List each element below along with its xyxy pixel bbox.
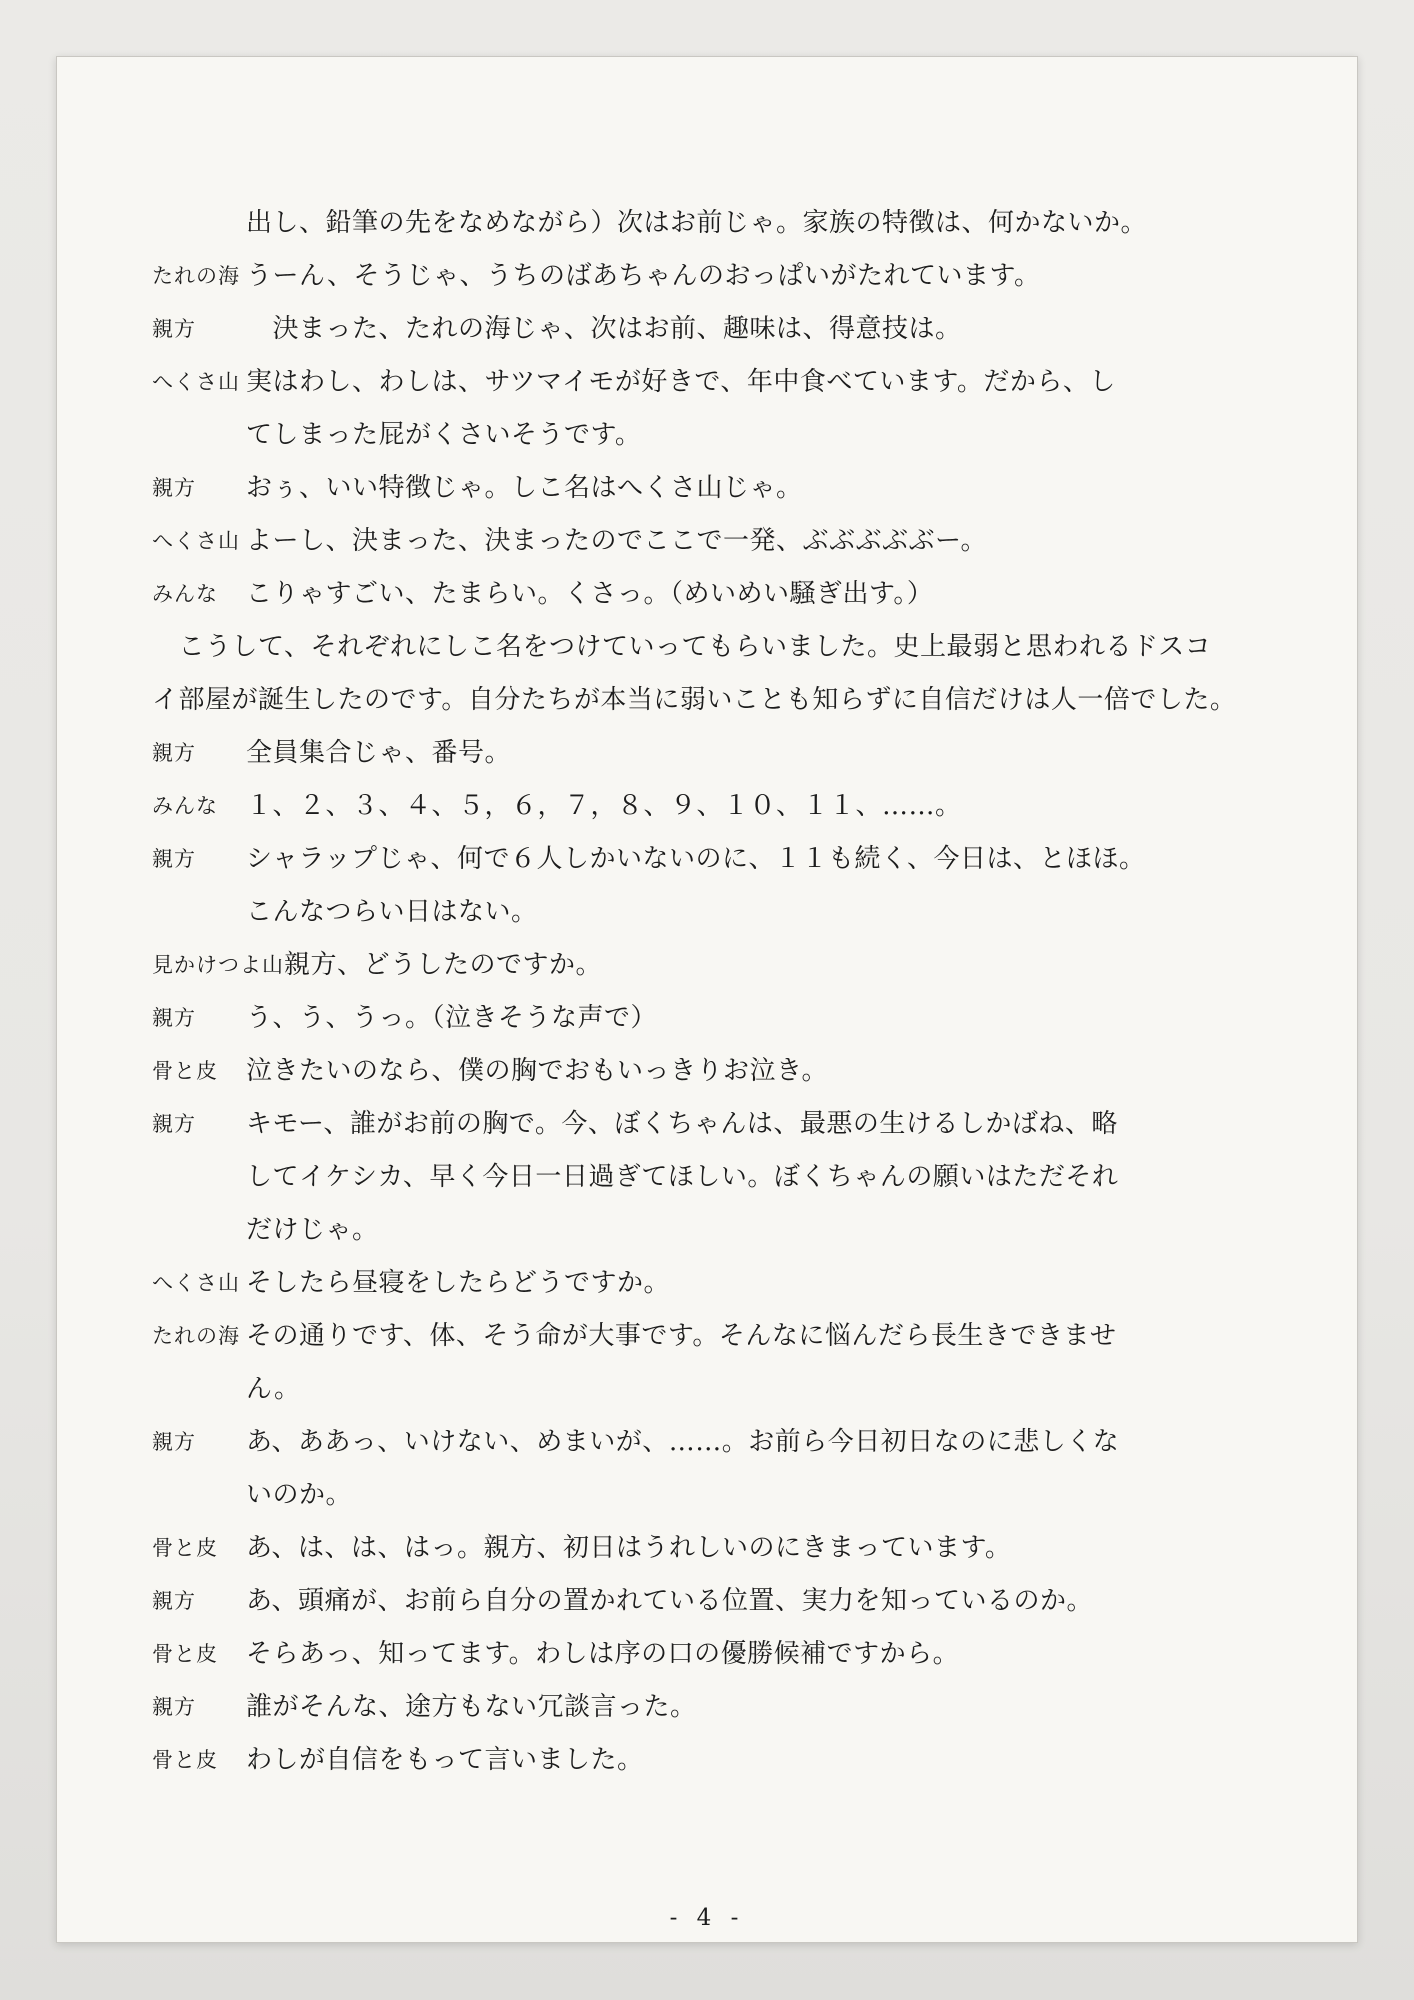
script-line: 親方 あ、ああっ、いけない、めまいが、……。お前ら今日初日なのに悲しくな <box>152 1416 1302 1469</box>
dialogue-text: 誰がそんな、途方もない冗談言った。 <box>246 1681 1302 1734</box>
dialogue-text: 出し、鉛筆の先をなめながら）次はお前じゃ。家族の特徴は、何かないか。 <box>246 197 1302 250</box>
script-line: 見かけつよ山 親方、どうしたのですか。 <box>152 939 1302 992</box>
script-line: 親方 う、う、うっ。（泣きそうな声で） <box>152 992 1302 1045</box>
script-line: 親方 あ、頭痛が、お前ら自分の置かれている位置、実力を知っているのか。 <box>152 1575 1302 1628</box>
speaker-name: 親方 <box>152 1416 246 1469</box>
dialogue-text: あ、頭痛が、お前ら自分の置かれている位置、実力を知っているのか。 <box>246 1575 1302 1628</box>
speaker-name: へくさ山 <box>152 356 246 409</box>
script-line: てしまった屁がくさいそうです。 <box>152 409 1302 462</box>
speaker-name: へくさ山 <box>152 1257 246 1310</box>
speaker-name: 骨と皮 <box>152 1522 246 1575</box>
script-line: 親方 おぅ、いい特徴じゃ。しこ名はへくさ山じゃ。 <box>152 462 1302 515</box>
speaker-name: 親方 <box>152 1575 246 1628</box>
script-line: こうして、それぞれにしこ名をつけていってもらいました。史上最弱と思われるドスコ <box>152 621 1302 674</box>
script-line: 親方 誰がそんな、途方もない冗談言った。 <box>152 1681 1302 1734</box>
dialogue-text: 実はわし、わしは、サツマイモが好きで、年中食べています。だから、し <box>246 356 1302 409</box>
script-line: こんなつらい日はない。 <box>152 886 1302 939</box>
dialogue-text: あ、ああっ、いけない、めまいが、……。お前ら今日初日なのに悲しくな <box>246 1416 1302 1469</box>
dialogue-text: そらあっ、知ってます。わしは序の口の優勝候補ですから。 <box>246 1628 1302 1681</box>
script-line: だけじゃ。 <box>152 1204 1302 1257</box>
script-line: みんな １、２、３、４、５，６，７，８、９、１０、１１、……。 <box>152 780 1302 833</box>
dialogue-text: こりゃすごい、たまらい。くさっ。（めいめい騒ぎ出す。） <box>246 568 1302 621</box>
script-line: 骨と皮 そらあっ、知ってます。わしは序の口の優勝候補ですから。 <box>152 1628 1302 1681</box>
speaker-name: みんな <box>152 780 246 833</box>
speaker-name: 親方 <box>152 727 246 780</box>
script-line: 骨と皮 泣きたいのなら、僕の胸でおもいっきりお泣き。 <box>152 1045 1302 1098</box>
dialogue-text: だけじゃ。 <box>246 1204 1302 1257</box>
script-line: いのか。 <box>152 1469 1302 1522</box>
dialogue-text: うーん、そうじゃ、うちのばあちゃんのおっぱいがたれています。 <box>246 250 1302 303</box>
speaker-name: たれの海 <box>152 1310 246 1363</box>
speaker-name: 親方 <box>152 833 246 886</box>
dialogue-text: おぅ、いい特徴じゃ。しこ名はへくさ山じゃ。 <box>246 462 1302 515</box>
dialogue-text: わしが自信をもって言いました。 <box>246 1734 1302 1787</box>
script-line: 骨と皮 わしが自信をもって言いました。 <box>152 1734 1302 1787</box>
speaker-name: 親方 <box>152 1681 246 1734</box>
page-number: - 4 - <box>57 1905 1357 1931</box>
script-line: へくさ山 実はわし、わしは、サツマイモが好きで、年中食べています。だから、し <box>152 356 1302 409</box>
script-line: 親方 キモー、誰がお前の胸で。今、ぼくちゃんは、最悪の生けるしかばね、略 <box>152 1098 1302 1151</box>
dialogue-text: イ部屋が誕生したのです。自分たちが本当に弱いことも知らずに自信だけは人一倍でした… <box>152 674 1302 727</box>
speaker-name: 親方 <box>152 462 246 515</box>
dialogue-text: 泣きたいのなら、僕の胸でおもいっきりお泣き。 <box>246 1045 1302 1098</box>
dialogue-text: 親方、どうしたのですか。 <box>284 939 1302 992</box>
script-lines: 出し、鉛筆の先をなめながら）次はお前じゃ。家族の特徴は、何かないか。 たれの海 … <box>152 197 1302 1787</box>
script-line: みんな こりゃすごい、たまらい。くさっ。（めいめい騒ぎ出す。） <box>152 568 1302 621</box>
scan-background: 出し、鉛筆の先をなめながら）次はお前じゃ。家族の特徴は、何かないか。 たれの海 … <box>0 0 1414 2000</box>
speaker-name: たれの海 <box>152 250 246 303</box>
dialogue-text: シャラップじゃ、何で６人しかいないのに、１１も続く、今日は、とほほ。 <box>246 833 1302 886</box>
dialogue-text: してイケシカ、早く今日一日過ぎてほしい。ぼくちゃんの願いはただそれ <box>246 1151 1302 1204</box>
script-line: 親方 全員集合じゃ、番号。 <box>152 727 1302 780</box>
speaker-name: 見かけつよ山 <box>152 939 284 992</box>
script-line: たれの海 うーん、そうじゃ、うちのばあちゃんのおっぱいがたれています。 <box>152 250 1302 303</box>
speaker-name: 親方 <box>152 303 246 356</box>
script-line: へくさ山 よーし、決まった、決まったのでここで一発、ぶぶぶぶぶー。 <box>152 515 1302 568</box>
dialogue-text: その通りです、体、そう命が大事です。そんなに悩んだら長生きできませ <box>246 1310 1302 1363</box>
dialogue-text: ん。 <box>246 1363 1302 1416</box>
dialogue-text: そしたら昼寝をしたらどうですか。 <box>246 1257 1302 1310</box>
speaker-name: 骨と皮 <box>152 1628 246 1681</box>
speaker-name: みんな <box>152 568 246 621</box>
script-line: 出し、鉛筆の先をなめながら）次はお前じゃ。家族の特徴は、何かないか。 <box>152 197 1302 250</box>
speaker-name: 親方 <box>152 992 246 1045</box>
dialogue-text: よーし、決まった、決まったのでここで一発、ぶぶぶぶぶー。 <box>246 515 1302 568</box>
script-line: 骨と皮 あ、は、は、はっ。親方、初日はうれしいのにきまっています。 <box>152 1522 1302 1575</box>
dialogue-text: あ、は、は、はっ。親方、初日はうれしいのにきまっています。 <box>246 1522 1302 1575</box>
dialogue-text: こんなつらい日はない。 <box>246 886 1302 939</box>
script-line: 親方 決まった、たれの海じゃ、次はお前、趣味は、得意技は。 <box>152 303 1302 356</box>
script-line: イ部屋が誕生したのです。自分たちが本当に弱いことも知らずに自信だけは人一倍でした… <box>152 674 1302 727</box>
script-line: へくさ山 そしたら昼寝をしたらどうですか。 <box>152 1257 1302 1310</box>
script-line: してイケシカ、早く今日一日過ぎてほしい。ぼくちゃんの願いはただそれ <box>152 1151 1302 1204</box>
dialogue-text: 全員集合じゃ、番号。 <box>246 727 1302 780</box>
dialogue-text: キモー、誰がお前の胸で。今、ぼくちゃんは、最悪の生けるしかばね、略 <box>246 1098 1302 1151</box>
script-line: 親方 シャラップじゃ、何で６人しかいないのに、１１も続く、今日は、とほほ。 <box>152 833 1302 886</box>
dialogue-text: う、う、うっ。（泣きそうな声で） <box>246 992 1302 1045</box>
dialogue-text: いのか。 <box>246 1469 1302 1522</box>
document-page: 出し、鉛筆の先をなめながら）次はお前じゃ。家族の特徴は、何かないか。 たれの海 … <box>56 56 1358 1943</box>
speaker-name: 骨と皮 <box>152 1045 246 1098</box>
speaker-name: へくさ山 <box>152 515 246 568</box>
speaker-name: 骨と皮 <box>152 1734 246 1787</box>
dialogue-text: こうして、それぞれにしこ名をつけていってもらいました。史上最弱と思われるドスコ <box>152 621 1302 674</box>
dialogue-text: てしまった屁がくさいそうです。 <box>246 409 1302 462</box>
script-line: ん。 <box>152 1363 1302 1416</box>
dialogue-text: １、２、３、４、５，６，７，８、９、１０、１１、……。 <box>246 780 1302 833</box>
script-line: たれの海 その通りです、体、そう命が大事です。そんなに悩んだら長生きできませ <box>152 1310 1302 1363</box>
dialogue-text: 決まった、たれの海じゃ、次はお前、趣味は、得意技は。 <box>246 303 1302 356</box>
speaker-name: 親方 <box>152 1098 246 1151</box>
